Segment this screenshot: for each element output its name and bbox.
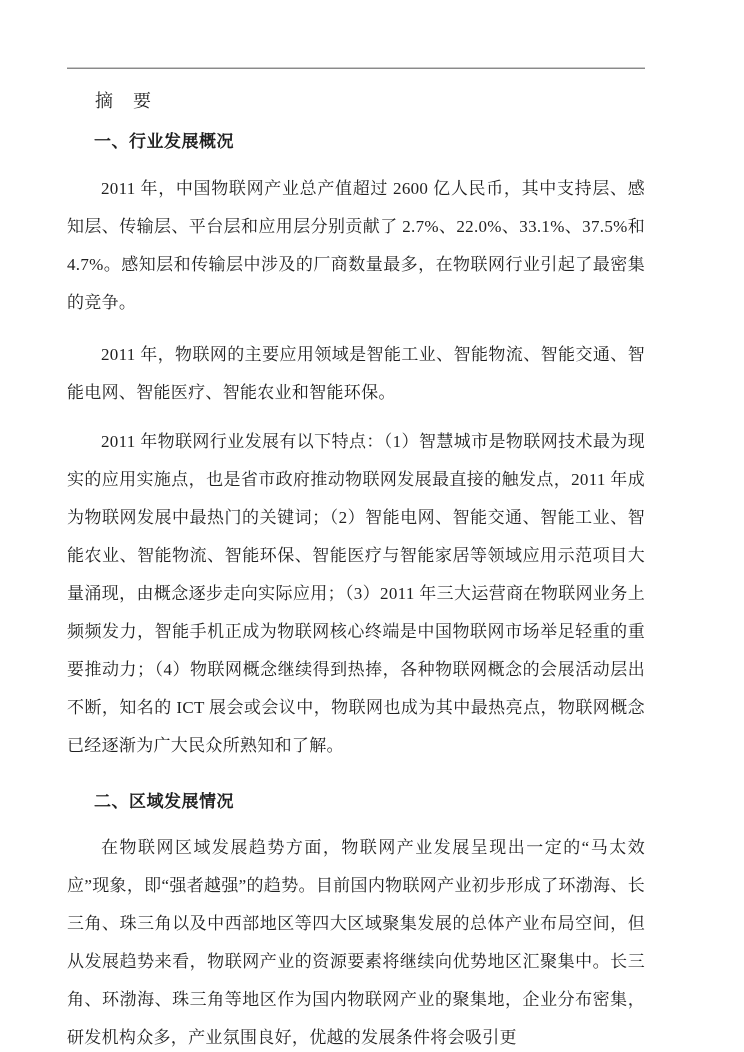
- header-rule: [67, 67, 645, 69]
- document-title: 摘 要: [67, 82, 645, 120]
- paragraph-regional-trend: 在物联网区域发展趋势方面，物联网产业发展呈现出一定的“马太效应”现象，即“强者越…: [67, 829, 645, 1052]
- section-heading-regional-development: 二、区域发展情况: [67, 783, 645, 821]
- document-page: 摘 要 一、行业发展概况 2011 年，中国物联网产业总产值超过 2600 亿人…: [0, 0, 744, 1052]
- paragraph-application-fields: 2011 年，物联网的主要应用领域是智能工业、智能物流、智能交通、智能电网、智能…: [67, 336, 645, 412]
- section-heading-industry-overview: 一、行业发展概况: [67, 123, 645, 161]
- page-content: 摘 要 一、行业发展概况 2011 年，中国物联网产业总产值超过 2600 亿人…: [67, 67, 645, 1052]
- paragraph-industry-characteristics: 2011 年物联网行业发展有以下特点：（1）智慧城市是物联网技术最为现实的应用实…: [67, 423, 645, 765]
- paragraph-industry-output: 2011 年，中国物联网产业总产值超过 2600 亿人民币，其中支持层、感知层、…: [67, 170, 645, 322]
